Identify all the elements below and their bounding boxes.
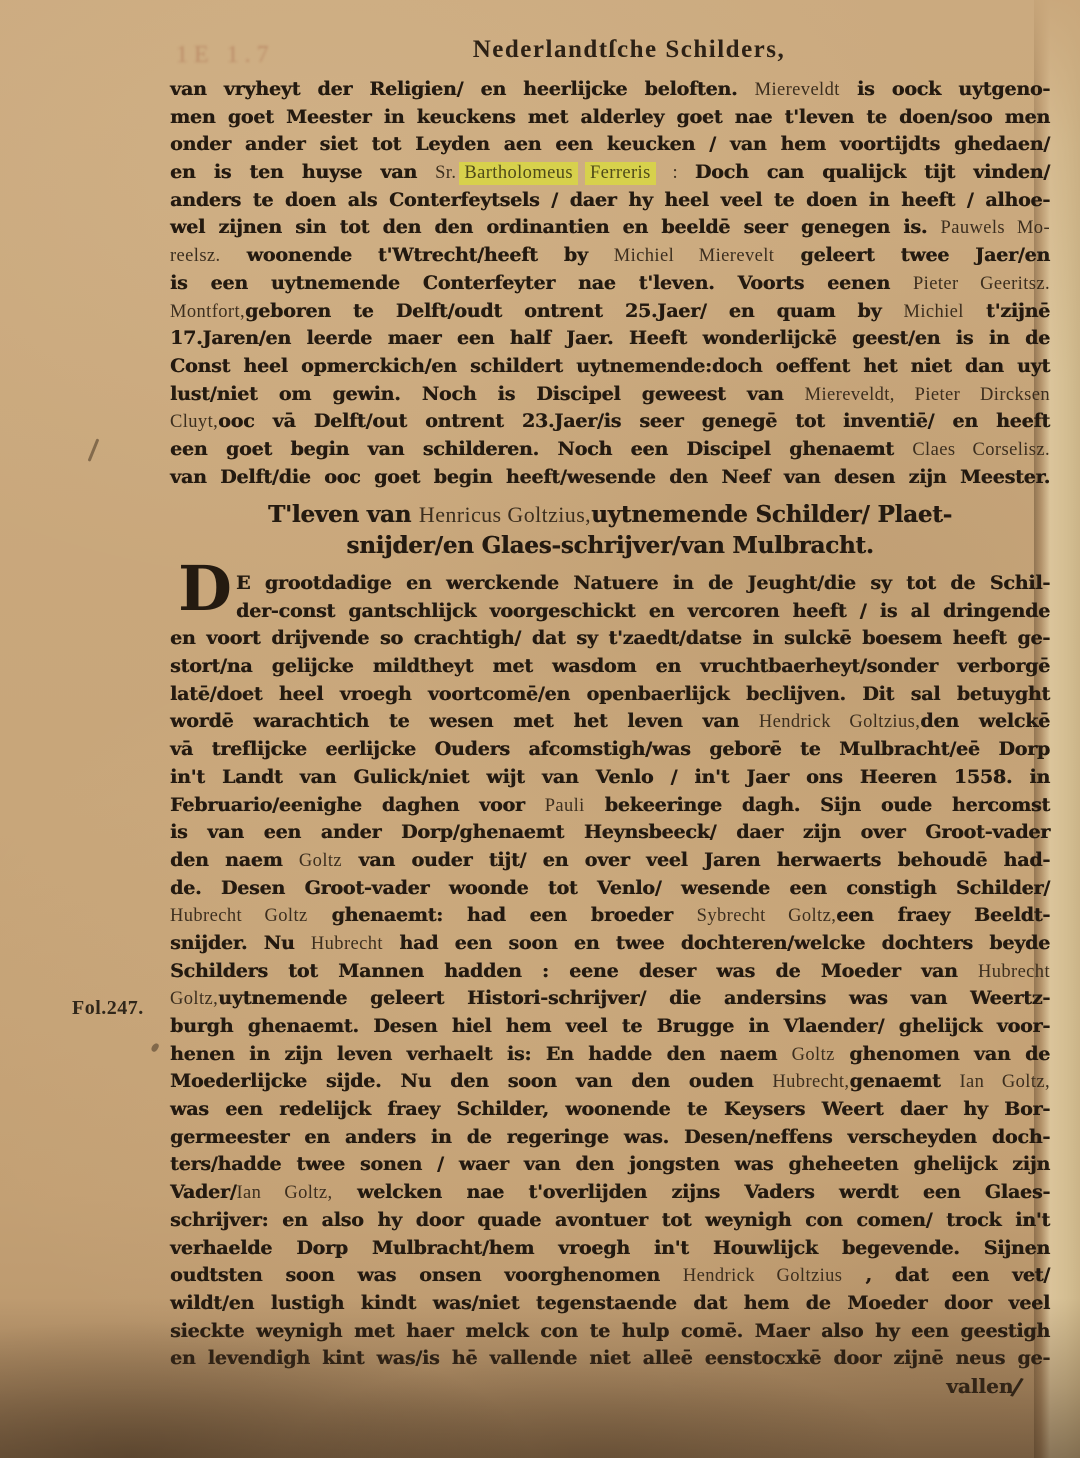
roman-name: Sr. [435, 163, 456, 183]
blackletter-text: Februario/eenighe daghen voor [170, 794, 545, 816]
text-line: een goet begin van schilderen. Noch een … [170, 436, 1050, 464]
text-line: en voort drijvende so crachtigh/ dat sy … [170, 625, 1050, 653]
blackletter-text: is een uytnemende Conterfeyter nae t'lev… [170, 272, 913, 294]
blackletter-text: stort/na gelijcke mildtheyt met wasdom e… [170, 655, 1050, 677]
blackletter-text: T'leven van [268, 501, 419, 528]
highlighted-name: Ferreris [585, 162, 656, 185]
roman-name: Hubrecht [311, 934, 383, 954]
text-line: Schilders tot Mannen hadden : eene deser… [170, 958, 1050, 986]
blackletter-text: den welckē [920, 710, 1050, 732]
text-line: latē/doet heel vroegh voortcomē/en openb… [170, 681, 1050, 709]
paragraph-miereveldt-pupils: van vryheyt der Religien/ en heerlijcke … [170, 76, 1050, 491]
blackletter-text: en is ten huyse van [170, 161, 435, 183]
text-line: men goet Meester in keuckens met alderle… [170, 104, 1050, 132]
roman-name: Goltz [299, 851, 342, 871]
text-line: wordē warachtich te wesen met het leven … [170, 708, 1050, 736]
blackletter-text: der-const gantschlijck voorgeschickt en … [236, 600, 1050, 622]
blackletter-text: Moederlijcke sijde. Nu den soon van den … [170, 1070, 772, 1092]
blackletter-text: wel zijnen sin tot den den ordinantien e… [170, 216, 941, 238]
blackletter-text: vā treflijcke eerlijcke Ouders afcomstig… [170, 738, 1050, 760]
blackletter-text: ghenaemt: had een broeder [308, 904, 697, 926]
paper-speck [150, 1042, 160, 1053]
blackletter-text: oudtsten soon was onsen voorghenomen [170, 1264, 683, 1286]
roman-name: : [656, 163, 695, 183]
roman-name: Sybrecht Goltz, [697, 906, 837, 926]
text-line: verhaelde Dorp Mulbracht/hem vroegh in't… [170, 1235, 1050, 1263]
blackletter-text: genaemt [849, 1070, 959, 1092]
text-line: stort/na gelijcke mildtheyt met wasdom e… [170, 653, 1050, 681]
blackletter-text: 17.Jaren/en leerde maer een half Jaer. H… [170, 327, 1050, 349]
blackletter-text: t'zijnē [964, 300, 1050, 322]
text-line: Vader/Ian Goltz, welcken nae t'overlijde… [170, 1179, 1050, 1207]
roman-name: Claes Corselisz. [912, 440, 1050, 460]
text-line: van vryheyt der Religien/ en heerlijcke … [170, 76, 1050, 104]
roman-name: Michiel Mierevelt [614, 246, 775, 266]
folio-margin-note: Fol.247. [72, 997, 144, 1020]
blackletter-text: van ouder tijt/ en over veel Jaren herwa… [342, 849, 1050, 871]
text-line: snijder/en Glaes-schrijver/van Mulbracht… [170, 530, 1050, 561]
highlighted-name: Bartholomeus [459, 162, 578, 185]
blackletter-text: en levendigh kint was/is hē vallende nie… [170, 1347, 1050, 1369]
blackletter-text: den naem [170, 849, 299, 871]
stray-ink-mark [88, 438, 99, 461]
text-line: in't Landt van Gulick/niet wijt van Venl… [170, 764, 1050, 792]
text-line: schrijver: en also hy door quade avontue… [170, 1207, 1050, 1235]
book-page-scan: 1E 1.7 Nederlandtſche Schilders, van vry… [0, 0, 1080, 1458]
text-line: oudtsten soon was onsen voorghenomen Hen… [170, 1262, 1050, 1290]
blackletter-text: henen in zijn leven verhaelt is: En hadd… [170, 1043, 792, 1065]
blackletter-text: anders te doen als Conterfeytsels / daer… [170, 189, 1050, 211]
blackletter-text: is oock uytgeno- [840, 78, 1050, 100]
text-line: anders te doen als Conterfeytsels / daer… [170, 187, 1050, 215]
blackletter-text: wildt/en lustigh kindt was/niet tegensta… [170, 1292, 1050, 1314]
blackletter-text: schrijver: en also hy door quade avontue… [170, 1209, 1050, 1231]
text-line: was een redelijck fraey Schilder, woonen… [170, 1096, 1050, 1124]
text-line: Montfort,geboren te Delft/oudt ontrent 2… [170, 298, 1050, 326]
text-line: sieckte weynigh met haer melck con te hu… [170, 1318, 1050, 1346]
roman-name: Ian Goltz, [959, 1072, 1050, 1092]
blackletter-text: welcken nae t'overlijden zijns Vaders we… [332, 1181, 1050, 1203]
text-line: 17.Jaren/en leerde maer een half Jaer. H… [170, 325, 1050, 353]
text-line: den naem Goltz van ouder tijt/ en over v… [170, 847, 1050, 875]
blackletter-text: bekeeringe dagh. Sijn oude hercomst [585, 794, 1050, 816]
blackletter-text: uytnemende geleert Histori-schrijver/ di… [218, 987, 1050, 1009]
text-line: onder ander siet tot Leyden aen een keuc… [170, 131, 1050, 159]
roman-name: Goltz, [170, 989, 218, 1009]
blackletter-text: ters/hadde twee sonen / waer van den jon… [170, 1153, 1050, 1175]
text-line: en levendigh kint was/is hē vallende nie… [170, 1345, 1050, 1373]
text-line: Februario/eenighe daghen voor Pauli beke… [170, 792, 1050, 820]
text-line: wel zijnen sin tot den den ordinantien e… [170, 214, 1050, 242]
roman-name: Hendrick Goltzius [683, 1266, 843, 1286]
blackletter-text: , dat een vet/ [842, 1264, 1050, 1286]
roman-name: Pauli [545, 796, 585, 816]
blackletter-text: in't Landt van Gulick/niet wijt van Venl… [170, 766, 1050, 788]
text-line: snijder. Nu Hubrecht had een soon en twe… [170, 930, 1050, 958]
blackletter-text: snijder/en Glaes-schrijver/van Mulbracht… [346, 532, 873, 559]
blackletter-text: verhaelde Dorp Mulbracht/hem vroegh in't… [170, 1237, 1050, 1259]
text-line: is een uytnemende Conterfeyter nae t'lev… [170, 270, 1050, 298]
blackletter-text: germeester en anders in de regeringe was… [170, 1126, 1050, 1148]
blackletter-text: uytnemende Schilder/ Plaet- [591, 501, 952, 528]
roman-name: Michiel [903, 302, 963, 322]
text-line: Goltz,uytnemende geleert Histori-schrijv… [170, 985, 1050, 1013]
blackletter-text: een goet begin van schilderen. Noch een … [170, 438, 912, 460]
roman-name: Montfort, [170, 302, 245, 322]
roman-name: Pauwels Mo- [941, 218, 1050, 238]
roman-name: Hubrecht, [772, 1072, 849, 1092]
catchword-text: vallen [946, 1374, 1013, 1398]
text-line: vā treflijcke eerlijcke Ouders afcomstig… [170, 736, 1050, 764]
blackletter-text: sieckte weynigh met haer melck con te hu… [170, 1320, 1050, 1342]
text-line: burgh ghenaemt. Desen hiel hem veel te B… [170, 1013, 1050, 1041]
blackletter-text: is van een ander Dorp/ghenaemt Heynsbeec… [170, 821, 1050, 843]
blackletter-text: wordē warachtich te wesen met het leven … [170, 710, 759, 732]
text-line: de. Desen Groot-vader woonde tot Venlo/ … [170, 875, 1050, 903]
roman-name: Miereveldt [755, 80, 840, 100]
blackletter-text: E grootdadige en werckende Natuere in de… [236, 572, 1050, 594]
text-line: henen in zijn leven verhaelt is: En hadd… [170, 1041, 1050, 1069]
blackletter-text: ooc vā Delft/out ontrent 23.Jaer/is seer… [218, 410, 1050, 432]
blackletter-text: Vader/ [170, 1181, 236, 1203]
roman-name: Cluyt, [170, 412, 218, 432]
roman-name: Pieter Geeritsz. [913, 274, 1050, 294]
roman-name: Miereveldt, Pieter Dircksen [805, 385, 1050, 405]
text-line: Hubrecht Goltz ghenaemt: had een broeder… [170, 902, 1050, 930]
text-line: Moederlijcke sijde. Nu den soon van den … [170, 1068, 1050, 1096]
text-line: van Delft/die ooc goet begin heeft/wesen… [170, 464, 1050, 492]
text-line: wildt/en lustigh kindt was/niet tegensta… [170, 1290, 1050, 1318]
text-line: T'leven van Henricus Goltzius,uytnemende… [170, 499, 1050, 530]
roman-name: Ian Goltz, [236, 1183, 332, 1203]
blackletter-text: latē/doet heel vroegh voortcomē/en openb… [170, 683, 1050, 705]
blackletter-text: men goet Meester in keuckens met alderle… [170, 106, 1050, 128]
blackletter-text: geleert twee Jaer/en [774, 244, 1050, 266]
running-header: Nederlandtſche Schilders, [170, 36, 1050, 64]
blackletter-text: van vryheyt der Religien/ en heerlijcke … [170, 78, 755, 100]
text-line: germeester en anders in de regeringe was… [170, 1124, 1050, 1152]
text-line: Cluyt,ooc vā Delft/out ontrent 23.Jaer/i… [170, 408, 1050, 436]
catchword: vallen∕ [170, 1370, 1022, 1399]
blackletter-text: onder ander siet tot Leyden aen een keuc… [170, 133, 1050, 155]
blackletter-text: Const heel opmerckich/en schildert uytne… [170, 355, 1050, 377]
paragraph-goltzius-life: E grootdadige en werckende Natuere in de… [170, 570, 1050, 1373]
blackletter-text: lust/niet om gewin. Noch is Discipel gew… [170, 383, 805, 405]
roman-name: Henricus Goltzius, [419, 502, 591, 527]
section-heading-goltzius: T'leven van Henricus Goltzius,uytnemende… [170, 499, 1050, 561]
text-line: en is ten huyse van Sr.BartholomeusFerre… [170, 159, 1050, 187]
blackletter-text: had een soon en twee dochteren/welcke do… [383, 932, 1050, 954]
text-line: Const heel opmerckich/en schildert uytne… [170, 353, 1050, 381]
roman-name: Hendrick Goltzius, [759, 712, 920, 732]
blackletter-text: de. Desen Groot-vader woonde tot Venlo/ … [170, 877, 1050, 899]
roman-name: Hubrecht [978, 962, 1050, 982]
text-line: der-const gantschlijck voorgeschickt en … [236, 598, 1050, 626]
blackletter-text: Schilders tot Mannen hadden : eene deser… [170, 960, 978, 982]
blackletter-text: ghenomen van de [835, 1043, 1050, 1065]
blackletter-text: woonende t'Wtrecht/heeft by [221, 244, 614, 266]
text-line: E grootdadige en werckende Natuere in de… [236, 570, 1050, 598]
blackletter-text: Doch can qualijck tijt vinden/ [695, 161, 1050, 183]
roman-name: reelsz. [170, 246, 221, 266]
text-line: lust/niet om gewin. Noch is Discipel gew… [170, 381, 1050, 409]
text-line: is van een ander Dorp/ghenaemt Heynsbeec… [170, 819, 1050, 847]
blackletter-text: van Delft/die ooc goet begin heeft/wesen… [170, 466, 1050, 488]
roman-name: Hubrecht Goltz [170, 906, 308, 926]
blackletter-text: een fraey Beeldt- [836, 904, 1050, 926]
text-line: ters/hadde twee sonen / waer van den jon… [170, 1151, 1050, 1179]
blackletter-text: burgh ghenaemt. Desen hiel hem veel te B… [170, 1015, 1050, 1037]
roman-name: Goltz [792, 1045, 835, 1065]
blackletter-text: geboren te Delft/oudt ontrent 25.Jaer/ e… [245, 300, 903, 322]
blackletter-text: was een redelijck fraey Schilder, woonen… [170, 1098, 1050, 1120]
text-line: reelsz. woonende t'Wtrecht/heeft by Mich… [170, 242, 1050, 270]
blackletter-text: snijder. Nu [170, 932, 311, 954]
blackletter-text: en voort drijvende so crachtigh/ dat sy … [170, 627, 1050, 649]
